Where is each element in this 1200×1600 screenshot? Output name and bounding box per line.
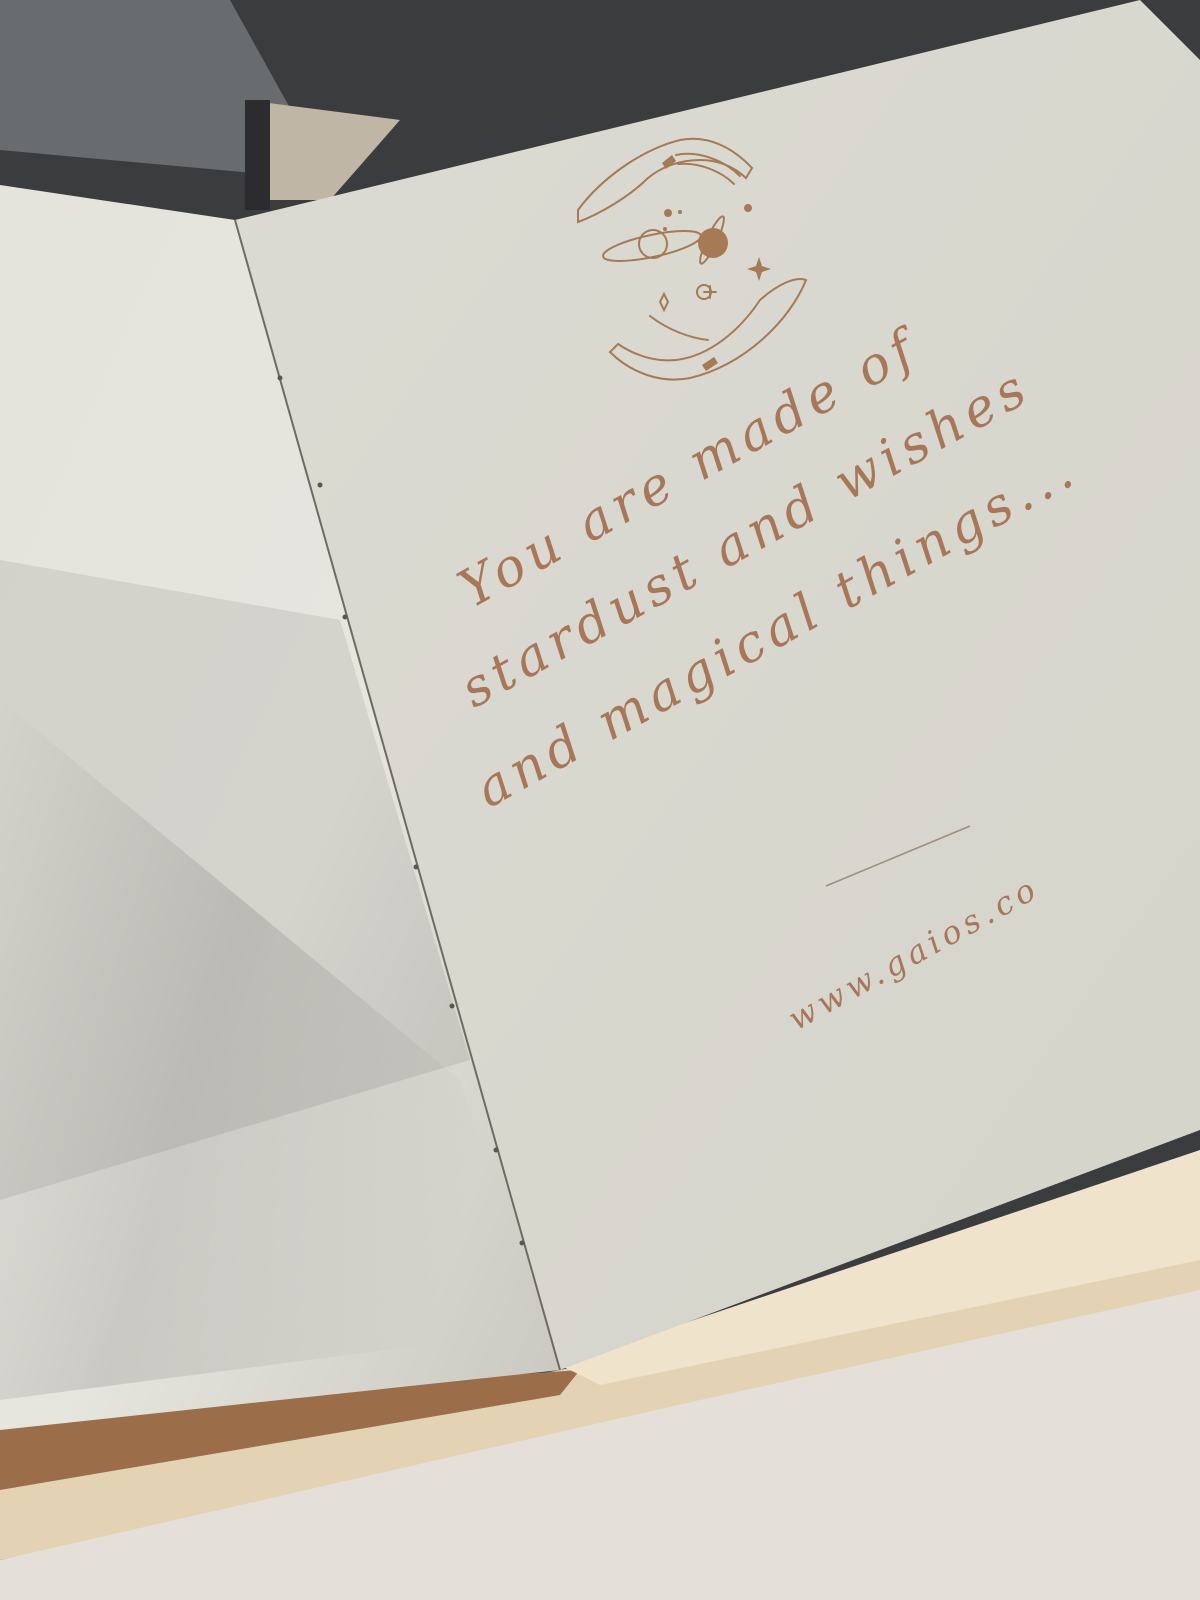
notebook-illustration <box>0 0 1200 1600</box>
photo-scene: You are made of stardust and wishes and … <box>0 0 1200 1600</box>
